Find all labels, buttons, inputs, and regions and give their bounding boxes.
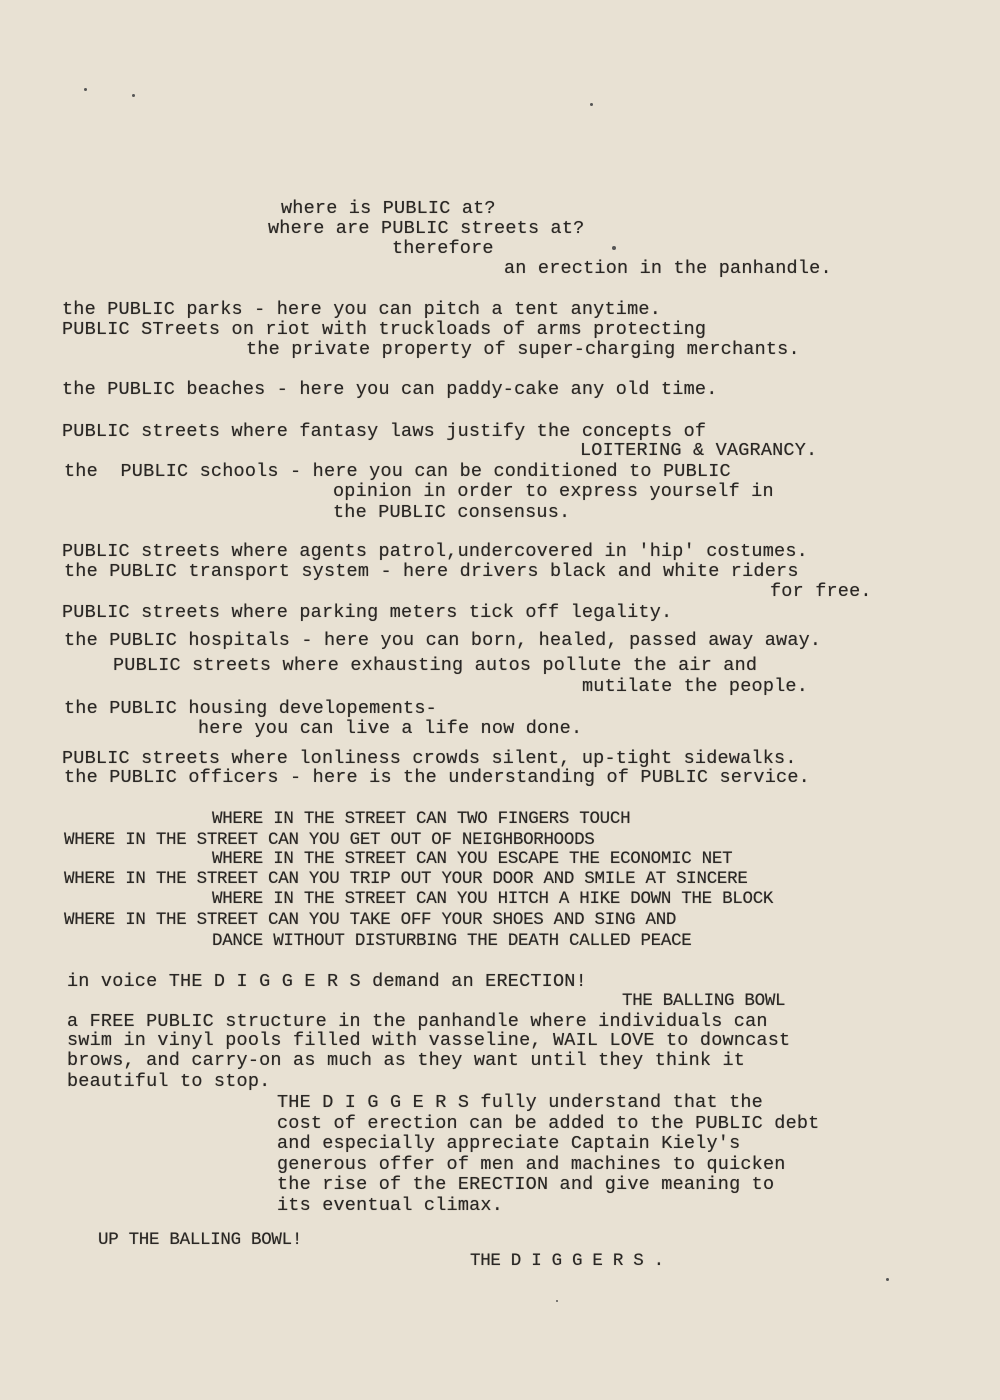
title-line: where are PUBLIC streets at?: [268, 219, 584, 239]
body-line: here you can live a life now done.: [198, 719, 582, 739]
paper-speck: [886, 1278, 889, 1281]
body-line: the PUBLIC hospitals - here you can born…: [64, 631, 821, 651]
demand-line: a FREE PUBLIC structure in the panhandle…: [67, 1012, 768, 1032]
balling-bowl-heading: THE BALLING BOWL: [622, 991, 785, 1011]
body-line: PUBLIC streets where parking meters tick…: [62, 603, 672, 623]
body-line: the PUBLIC officers - here is the unders…: [64, 768, 810, 788]
diggers-line: cost of erection can be added to the PUB…: [277, 1114, 820, 1134]
body-line: LOITERING & VAGRANCY.: [580, 441, 817, 461]
body-line: the PUBLIC beaches - here you can paddy-…: [62, 380, 718, 400]
diggers-line: and especially appreciate Captain Kiely'…: [277, 1134, 740, 1154]
body-line: the PUBLIC schools - here you can be con…: [64, 462, 731, 482]
where-line: WHERE IN THE STREET CAN YOU TAKE OFF YOU…: [64, 910, 676, 930]
body-line: mutilate the people.: [582, 677, 808, 697]
body-line: the PUBLIC transport system - here drive…: [64, 562, 799, 582]
demand-line: swim in vinyl pools filled with vasselin…: [67, 1031, 790, 1051]
diggers-line: THE D I G G E R S fully understand that …: [277, 1093, 763, 1113]
title-line: an erection in the panhandle.: [504, 259, 832, 279]
body-line: PUBLIC streets where exhausting autos po…: [113, 656, 757, 676]
body-line: opinion in order to express yourself in: [333, 482, 774, 502]
diggers-line: generous offer of men and machines to qu…: [277, 1155, 786, 1175]
paper-speck: [556, 1300, 558, 1302]
body-line: PUBLIC STreets on riot with truckloads o…: [62, 320, 706, 340]
body-line: PUBLIC streets where agents patrol,under…: [62, 542, 808, 562]
where-line: DANCE WITHOUT DISTURBING THE DEATH CALLE…: [212, 931, 691, 951]
where-line: WHERE IN THE STREET CAN YOU ESCAPE THE E…: [212, 849, 732, 869]
where-line: WHERE IN THE STREET CAN YOU GET OUT OF N…: [64, 830, 595, 850]
body-line: the PUBLIC parks - here you can pitch a …: [62, 300, 661, 320]
where-line: WHERE IN THE STREET CAN YOU HITCH A HIKE…: [212, 889, 773, 909]
body-line: the private property of super-charging m…: [246, 340, 800, 360]
body-line: PUBLIC streets where lonliness crowds si…: [62, 749, 797, 769]
where-line: WHERE IN THE STREET CAN YOU TRIP OUT YOU…: [64, 869, 748, 889]
title-line: where is PUBLIC at?: [281, 199, 496, 219]
paper-speck: [132, 94, 135, 97]
paper-speck: [612, 246, 616, 250]
body-line: the PUBLIC consensus.: [333, 503, 570, 523]
paper-speck: [590, 103, 593, 106]
paper-speck: [84, 88, 87, 91]
demand-line: beautiful to stop.: [67, 1072, 270, 1092]
body-line: the PUBLIC housing developements-: [64, 699, 437, 719]
signature: THE D I G G E R S .: [470, 1251, 664, 1271]
diggers-line: its eventual climax.: [277, 1196, 503, 1216]
diggers-line: the rise of the ERECTION and give meanin…: [277, 1175, 774, 1195]
demand-line: brows, and carry-on as much as they want…: [67, 1051, 745, 1071]
where-line: WHERE IN THE STREET CAN TWO FINGERS TOUC…: [212, 809, 630, 829]
title-line: therefore: [392, 239, 494, 259]
closing-slogan: UP THE BALLING BOWL!: [98, 1230, 302, 1250]
body-line: PUBLIC streets where fantasy laws justif…: [62, 422, 706, 442]
demand-line: in voice THE D I G G E R S demand an ERE…: [67, 972, 587, 992]
body-line: for free.: [770, 582, 872, 602]
